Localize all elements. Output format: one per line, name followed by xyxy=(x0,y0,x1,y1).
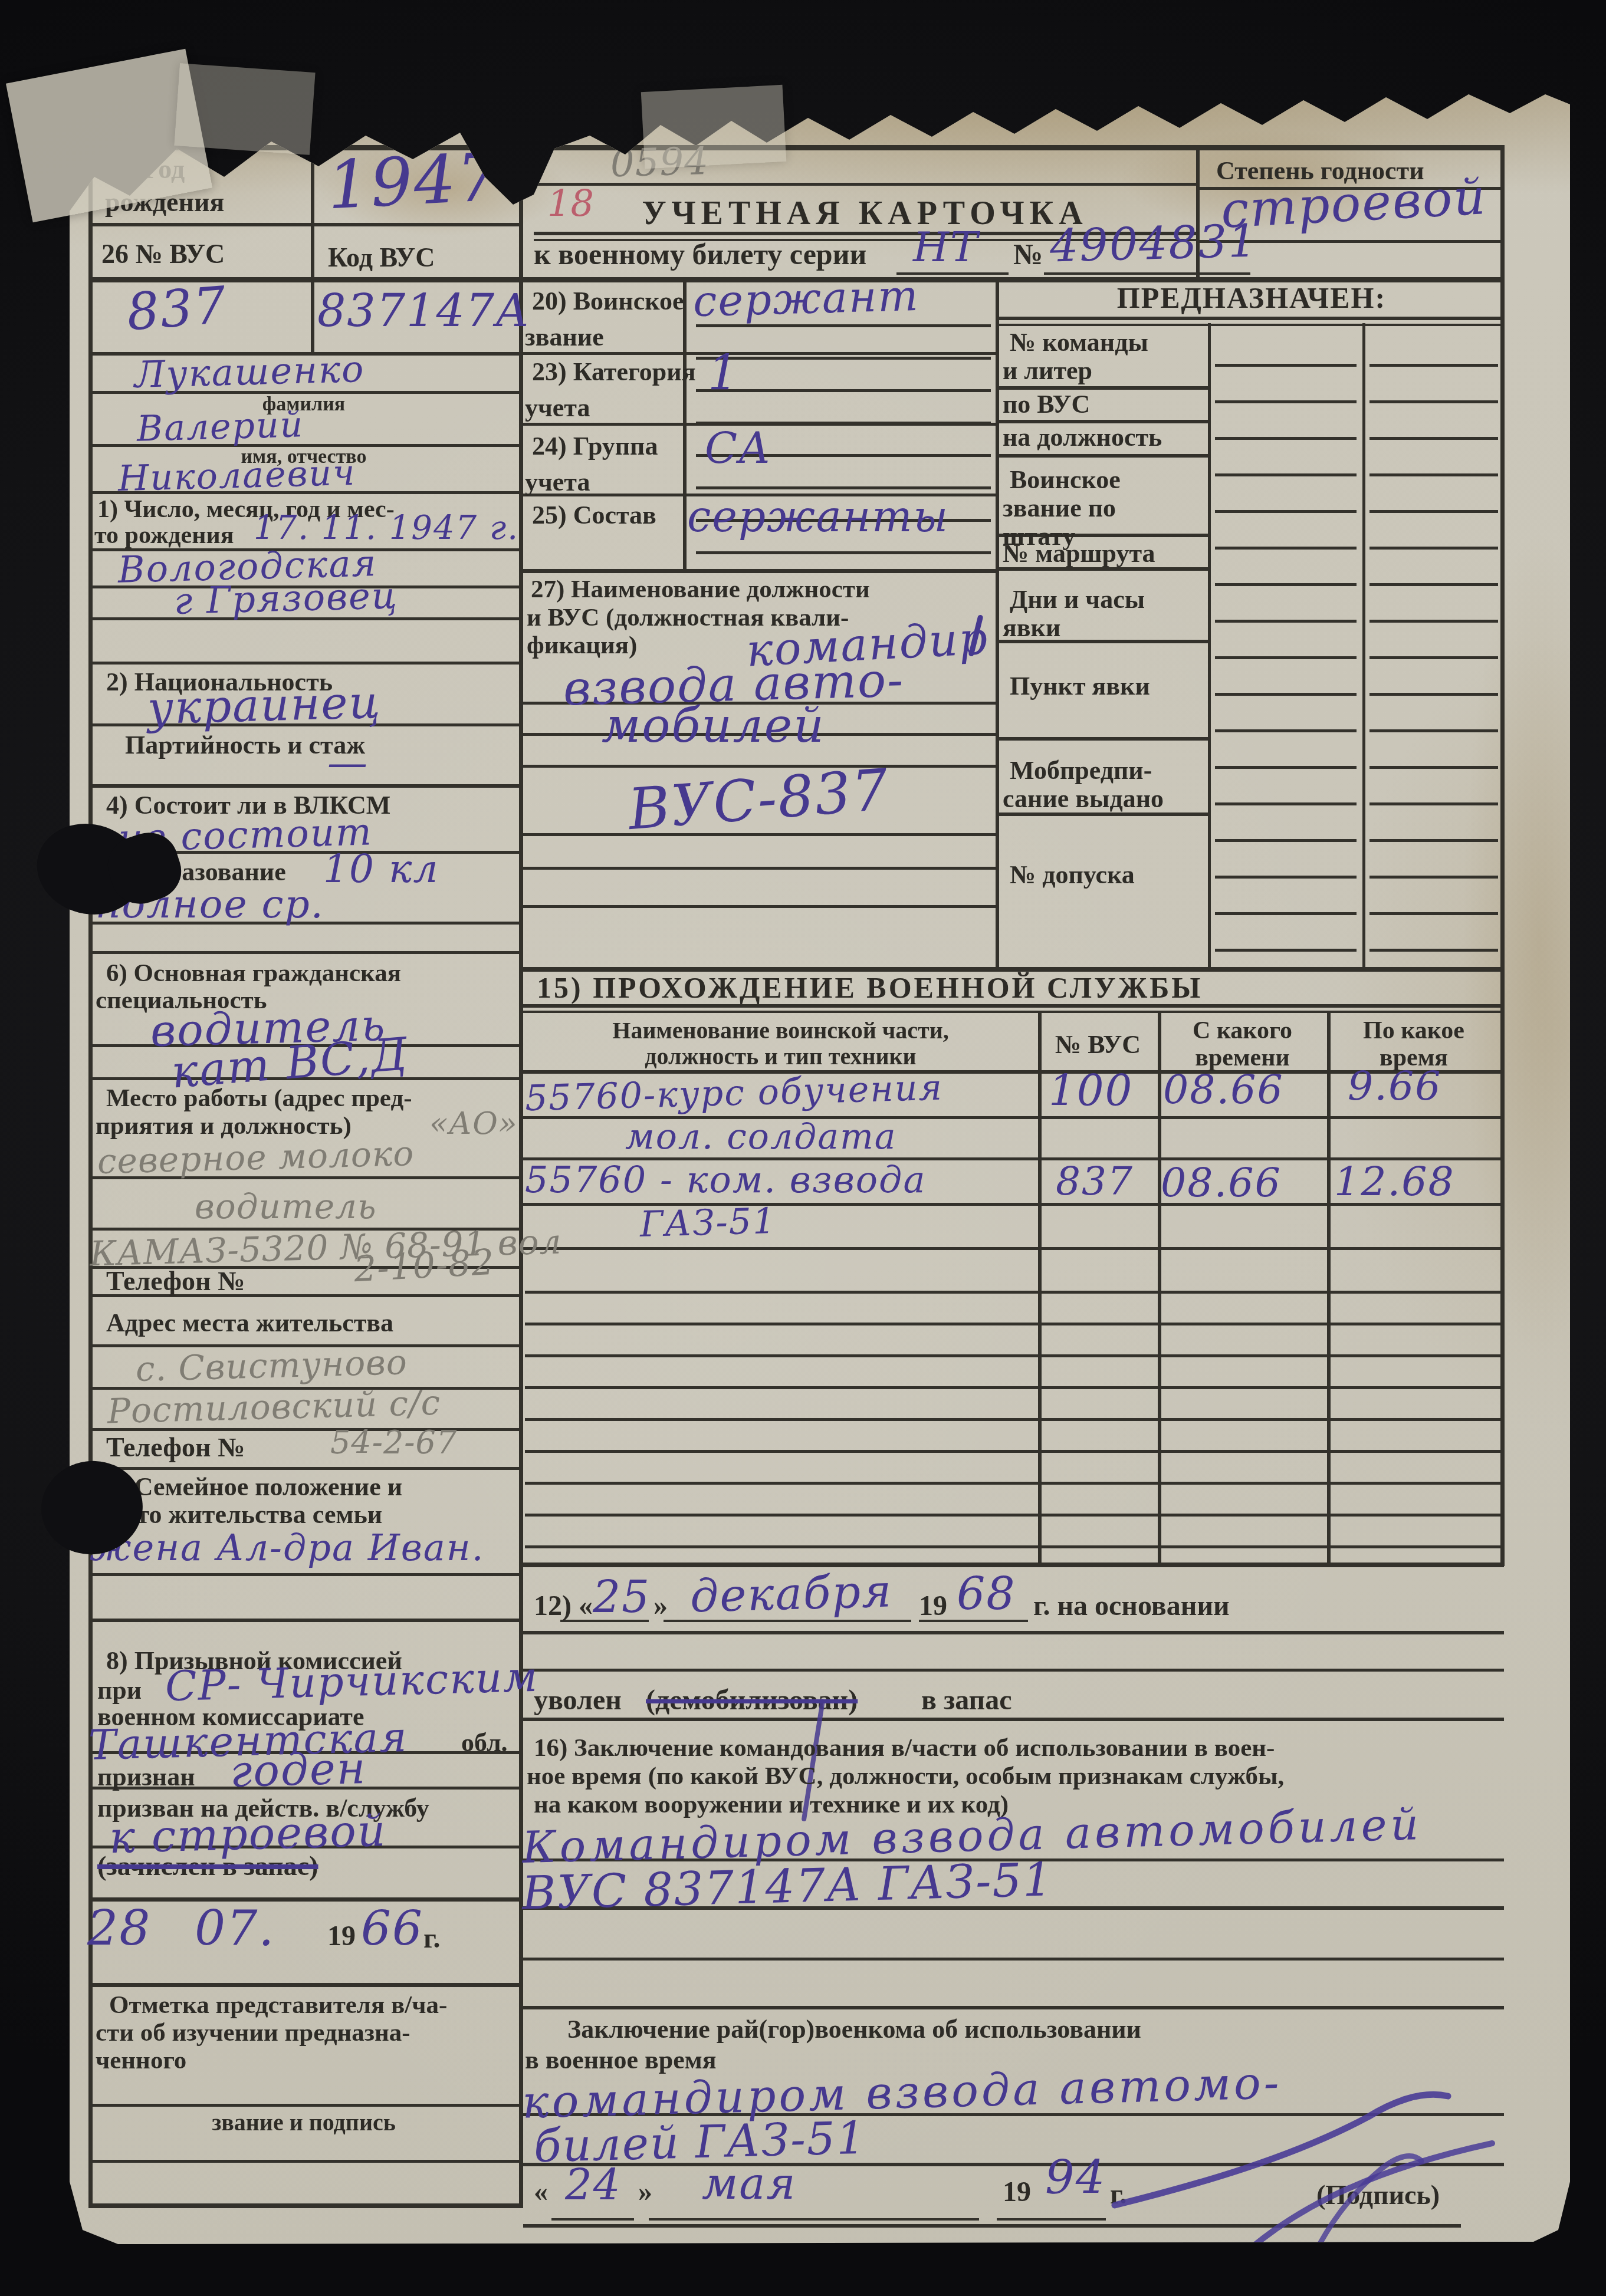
fit-value: годен xyxy=(229,1745,367,1796)
released-label: в запас xyxy=(921,1685,1012,1716)
divider-line xyxy=(88,1467,519,1470)
divider-line xyxy=(523,1004,1504,1008)
conclusion16-label: 16) Заключение командования в/части об и… xyxy=(534,1735,1275,1762)
scanned-military-card-photo: { "photo": {"background": "#151517"}, "c… xyxy=(0,0,1606,2296)
ruled-lines xyxy=(1369,330,1498,964)
vus-code-label: Код ВУС xyxy=(328,243,435,272)
group-value: СА xyxy=(705,426,772,472)
rank-label: 20) Воинское xyxy=(532,287,684,315)
final-label: в военное время xyxy=(525,2046,717,2074)
divider-line xyxy=(523,833,996,836)
service-row-from: 08.66 xyxy=(1163,1068,1284,1111)
divider-line xyxy=(88,223,519,226)
reserve-label-struck: (зачислен в запас) xyxy=(97,1851,318,1881)
discharge-prefix: 12) « xyxy=(534,1591,593,1621)
unit-mark-label: ченного xyxy=(96,2047,186,2074)
service-title: 15) ПРОХОЖДЕНИЕ ВОЕННОЙ СЛУЖБЫ xyxy=(537,972,1203,1004)
divider-line xyxy=(523,905,996,908)
divider-line xyxy=(88,1897,519,1902)
rank-signature-label: звание и подпись xyxy=(88,2110,519,2135)
divider-line xyxy=(1362,323,1365,967)
divider-line xyxy=(999,317,1504,320)
divider-line xyxy=(999,737,1208,741)
education-value: 10 кл xyxy=(323,848,439,890)
staff-value: сержанты xyxy=(687,494,949,540)
patronymic-value: Николаевич xyxy=(117,454,356,498)
service-row-vus: 100 xyxy=(1049,1068,1133,1114)
ruled-lines xyxy=(1215,330,1357,964)
card-paper: Год рождения 1947 0594 18 УЧЕТНАЯ КАРТОЧ… xyxy=(0,0,1606,2296)
assigned-title: ПРЕДНАЗНАЧЕН: xyxy=(999,282,1504,314)
commission-label: при xyxy=(97,1676,142,1705)
divider-line xyxy=(999,324,1504,326)
final-date-day: 24 xyxy=(565,2163,622,2209)
commission-label: обл. xyxy=(461,1729,508,1757)
divider-line xyxy=(996,277,999,967)
divider-line xyxy=(1208,323,1211,967)
assigned-row-label: по ВУС xyxy=(1003,390,1090,419)
divider-line xyxy=(523,1718,1504,1721)
vus-no-label: 26 № ВУС xyxy=(101,239,225,269)
divider-line xyxy=(523,1669,1504,1672)
group-label: учета xyxy=(525,468,590,496)
divider-line xyxy=(551,2218,634,2221)
enlist-date-year-suffix: г. xyxy=(423,1923,440,1954)
final-label: Заключение рай(гор)военкома об использов… xyxy=(567,2015,1141,2044)
divider-line xyxy=(1500,145,1505,1566)
divider-line xyxy=(88,2160,519,2163)
released-struck-word: (демобилизован) xyxy=(646,1685,858,1716)
surname-value: Лукашенко xyxy=(134,350,365,395)
service-row-vus: 837 xyxy=(1056,1160,1134,1202)
discharge-year-print: 19 xyxy=(919,1591,947,1621)
unit-mark-label: сти об изучении предназна- xyxy=(96,2019,410,2047)
specialty-label: 6) Основная гражданская xyxy=(106,960,401,987)
ruled-lines xyxy=(525,1262,1501,1564)
assigned-row-label: Пункт явки xyxy=(1010,672,1150,700)
tape-piece xyxy=(174,63,315,155)
service-col-vus: № ВУС xyxy=(1038,1031,1158,1059)
assigned-row-label: Мобпредпи- xyxy=(1010,756,1152,785)
rank-value: сержант xyxy=(692,273,919,325)
post-label: 27) Наименование должности xyxy=(531,576,870,603)
divider-line xyxy=(88,2203,523,2208)
discharge-month: декабря xyxy=(689,1567,893,1621)
name-value: Валерий xyxy=(136,406,304,448)
workplace-label: Место работы (адрес пред- xyxy=(106,1085,412,1112)
service-row-unit: мол. солдата xyxy=(625,1118,897,1156)
vus-code-value: 837147А xyxy=(317,287,531,335)
address-value: Ростиловский с/с xyxy=(107,1384,441,1430)
phone1-value: 2-10-82 xyxy=(353,1244,495,1289)
service-row-to: 9.66 xyxy=(1348,1065,1441,1108)
billet-number-sign: № xyxy=(1013,238,1043,270)
rank-label: звание xyxy=(525,323,604,351)
assigned-row-label: сание выдано xyxy=(1003,785,1164,813)
post-value: мобилей xyxy=(602,700,825,751)
divider-line xyxy=(311,145,314,354)
divider-line xyxy=(88,662,519,665)
service-col-unit: Наименование воинской части, xyxy=(523,1018,1038,1043)
conclusion16-label: ное время (по какой ВУС, должности, особ… xyxy=(527,1763,1284,1790)
divider-line xyxy=(523,1247,1504,1250)
tape-piece xyxy=(641,85,786,169)
final-date-quote: » xyxy=(638,2177,652,2208)
assigned-row-label: № маршрута xyxy=(1003,540,1155,568)
family-value: жена Ал-дра Иван. xyxy=(90,1528,484,1568)
address-value: с. Свистуново xyxy=(135,1344,408,1388)
divider-line xyxy=(649,2218,979,2221)
assigned-row-label: № команды xyxy=(1010,328,1148,357)
phone1-label: Телефон № xyxy=(106,1267,245,1296)
family-label: 7) Семейное положение и xyxy=(106,1473,402,1501)
category-label: учета xyxy=(525,394,590,422)
divider-line xyxy=(88,1619,519,1622)
assigned-row-label: звание по xyxy=(1003,494,1116,522)
final-date-year-print: 19 xyxy=(1003,2177,1031,2208)
discharge-year-hand: 68 xyxy=(957,1570,1016,1618)
post-vus-value: ВУС-837 xyxy=(626,759,892,841)
phone2-label: Телефон № xyxy=(106,1433,245,1462)
divider-line xyxy=(999,454,1208,458)
category-label: 23) Категория xyxy=(532,358,696,386)
billet-number-value: 4904831 xyxy=(1049,216,1259,270)
fitness-value: строевой xyxy=(1220,170,1487,237)
divider-line xyxy=(523,1958,1504,1961)
vus-no-value: 837 xyxy=(125,278,229,340)
assigned-row-label: Дни и часы xyxy=(1010,585,1145,614)
address-label: Адрес места жительства xyxy=(106,1309,393,1337)
service-row-from: 08.66 xyxy=(1161,1162,1282,1205)
divider-line xyxy=(88,1573,519,1576)
assigned-row-label: на должность xyxy=(1003,423,1162,452)
workplace-value: «АО» xyxy=(429,1107,518,1140)
post-label: фикация) xyxy=(527,632,637,659)
workplace-value: северное молоко xyxy=(97,1135,415,1180)
group-label: 24) Группа xyxy=(532,432,658,460)
birth-place: г Грязовец xyxy=(173,576,399,621)
divider-line xyxy=(1038,1011,1042,1564)
divider-line xyxy=(88,784,519,788)
divider-line xyxy=(523,2006,1504,2009)
staff-label: 25) Состав xyxy=(532,501,656,529)
divider-line xyxy=(523,867,996,870)
discharge-day: 25 xyxy=(593,1574,651,1621)
fit-label: признан xyxy=(97,1763,195,1791)
workplace-value: водитель xyxy=(195,1188,377,1225)
billet-label: к военному билету серии xyxy=(534,238,866,270)
service-col-unit: должность и тип техники xyxy=(523,1044,1038,1069)
party-value: — xyxy=(327,742,369,785)
assigned-row-label: Воинское xyxy=(1010,466,1121,494)
divider-line xyxy=(523,1011,1504,1013)
service-row-unit: ГАЗ-51 xyxy=(639,1202,777,1244)
service-row-unit: 55760-курс обучения xyxy=(524,1069,944,1118)
discharge-suffix: г. на основании xyxy=(1033,1591,1230,1621)
discharge-quote: » xyxy=(653,1591,668,1621)
phone2-value: 54-2-67 xyxy=(330,1426,457,1460)
assigned-row-label: явки xyxy=(1003,614,1060,642)
enlist-date-year-hand: 66 xyxy=(361,1903,423,1954)
divider-line xyxy=(88,951,519,954)
unit-mark-label: Отметка представителя в/ча- xyxy=(109,1992,447,2019)
divider-line xyxy=(1327,1011,1331,1564)
commission-value: СР- Чирчикским xyxy=(165,1655,539,1709)
assigned-row-label: № допуска xyxy=(1010,861,1135,889)
divider-line xyxy=(88,1983,519,1987)
released-label: уволен xyxy=(534,1685,622,1716)
divider-line xyxy=(88,2104,519,2107)
divider-line xyxy=(1158,1011,1161,1564)
divider-line xyxy=(523,1631,1504,1634)
final-date-month: мая xyxy=(702,2161,796,2208)
birth-date-value: 17. 11. 1947 г. xyxy=(254,511,519,546)
divider-line xyxy=(997,2218,1106,2221)
billet-series-value: НТ xyxy=(913,225,979,270)
service-row-to: 12.68 xyxy=(1334,1160,1455,1203)
divider-line xyxy=(523,569,996,573)
service-col-to: По какое xyxy=(1327,1018,1500,1044)
enlist-date-day: 28 xyxy=(87,1903,151,1956)
assigned-row-label: и литер xyxy=(1003,357,1092,385)
divider-line xyxy=(523,1563,1504,1567)
service-row-unit: 55760 - ком. взвода xyxy=(525,1160,926,1200)
final-date-quote: « xyxy=(534,2177,548,2208)
divider-line xyxy=(1044,272,1250,275)
enlist-date-month: 07. xyxy=(195,1903,275,1956)
nationality-value: украинец xyxy=(147,678,382,732)
enlist-date-year-print: 19 xyxy=(327,1921,356,1952)
service-col-from: С какого xyxy=(1158,1018,1327,1044)
category-value: 1 xyxy=(708,348,740,400)
